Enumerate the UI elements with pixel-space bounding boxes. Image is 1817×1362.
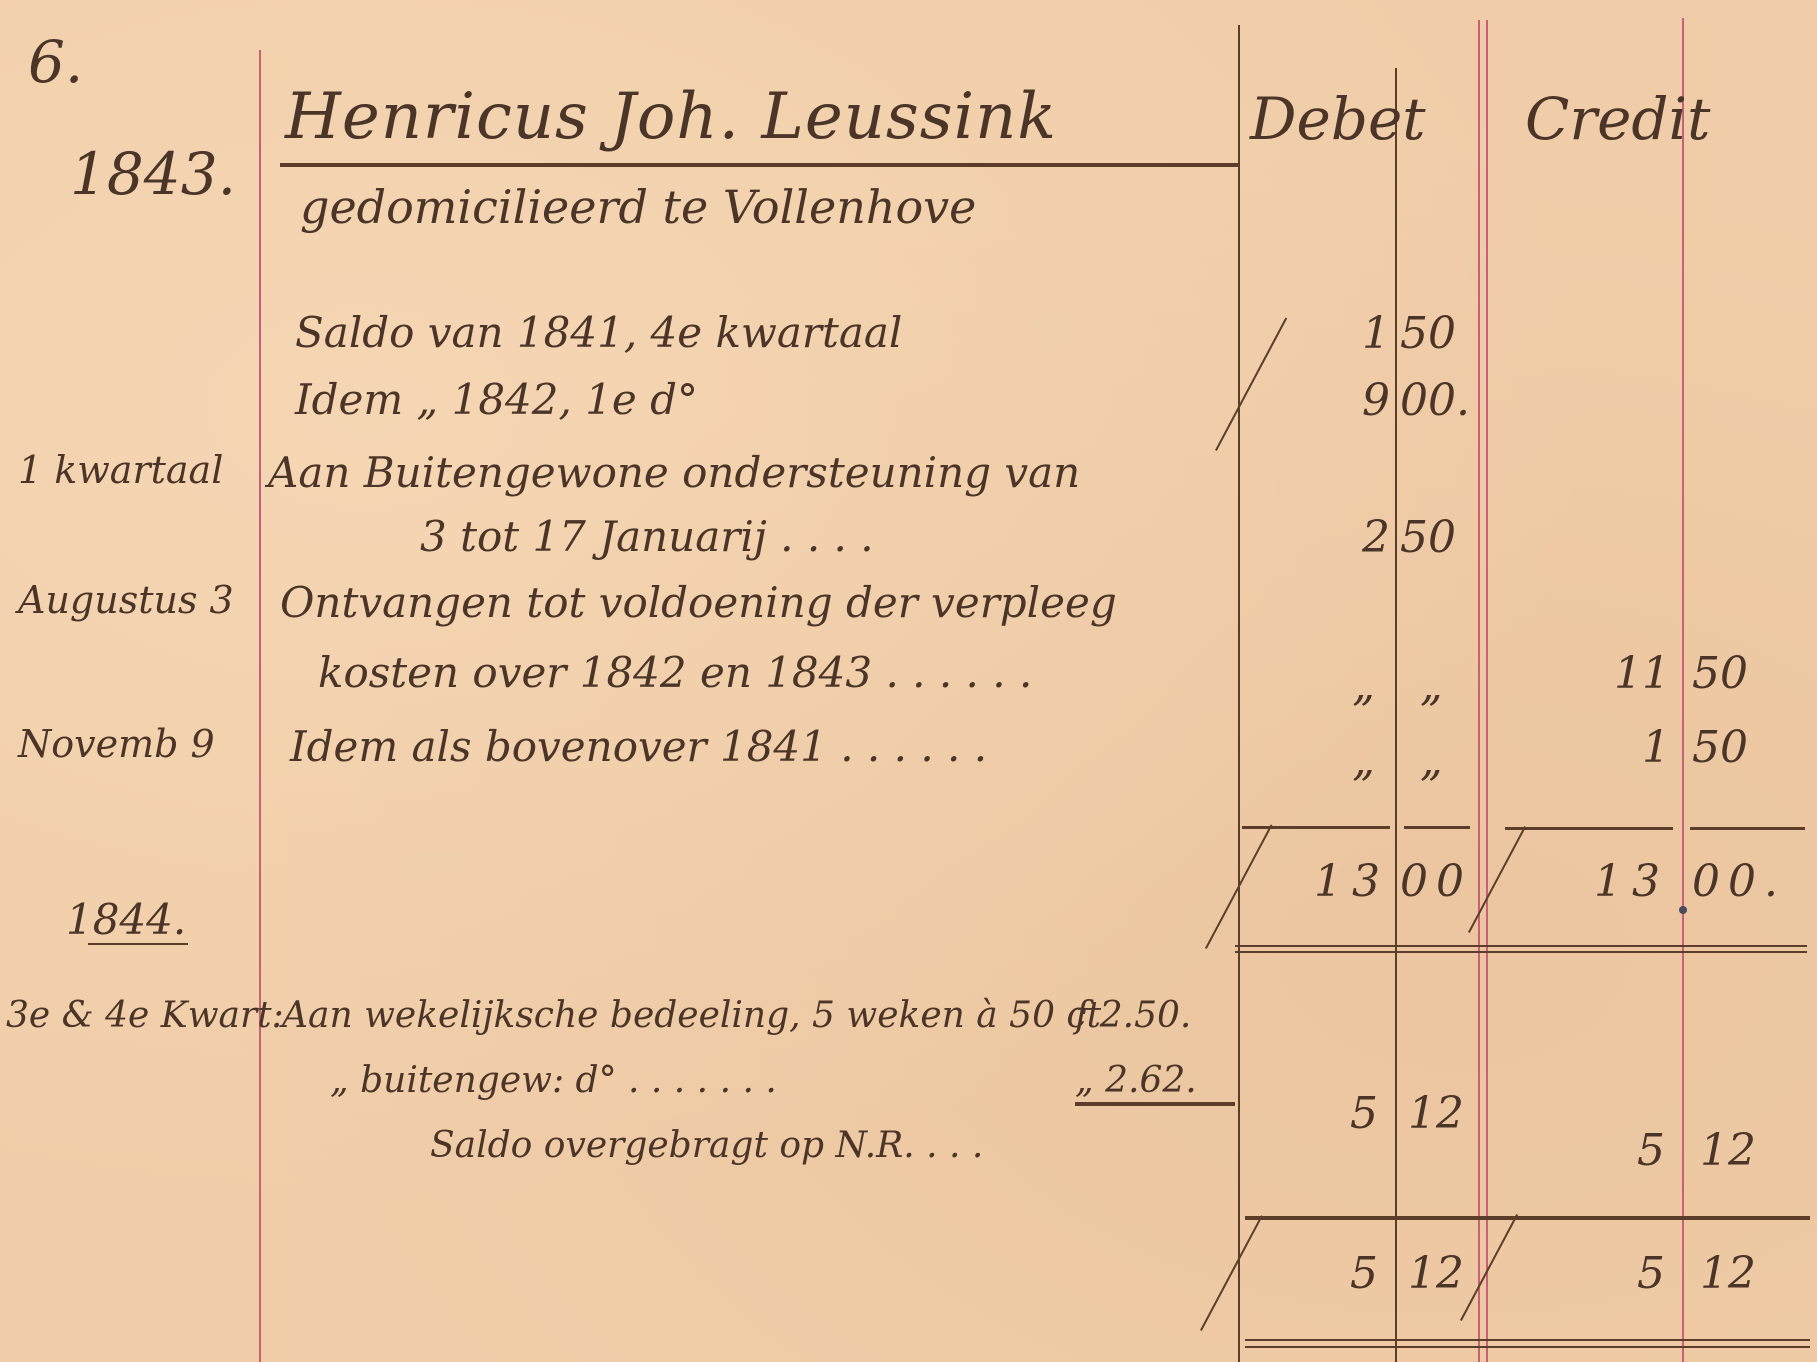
debit-guilders: 9 [1250, 375, 1390, 426]
entry-description: Saldo van 1841, 4e kwartaal [295, 308, 902, 357]
debit-guilders: 1 [1250, 308, 1390, 359]
debit-cents: 12 [1408, 1088, 1478, 1139]
ink-dot [1679, 906, 1687, 914]
debit-guilders: „ [1250, 660, 1375, 711]
ledger-page: 6. 1843. Henricus Joh. Leussink gedomici… [0, 0, 1817, 1362]
credit-guilders: 5 [1500, 1125, 1665, 1176]
credit-column-header: Credit [1525, 85, 1710, 153]
debit-guilders: 5 [1250, 1088, 1378, 1139]
page-number: 6. [28, 28, 83, 96]
debit-sum-rule [1242, 826, 1390, 829]
entry-description: Saldo overgebragt op N.R. . . . [430, 1125, 983, 1166]
entry-description-continued: 3 tot 17 Januarij . . . . [420, 512, 874, 561]
entry-date: 3e & 4e Kwart: [6, 995, 284, 1036]
debit-total-cents: 12 [1408, 1248, 1478, 1299]
residence-line: gedomicilieerd te Vollenhove [300, 180, 976, 234]
debit-cents-rule [1395, 68, 1397, 1362]
double-rule-bottom [1235, 951, 1807, 953]
credit-double-rule-left [1478, 20, 1480, 1362]
debit-cents: 00. [1400, 375, 1475, 426]
credit-cents-rule [1682, 18, 1684, 1362]
entry-description: Aan Buitengewone ondersteuning van [268, 448, 1080, 497]
credit-guilders: 1 [1500, 722, 1670, 773]
credit-double-rule-right [1486, 20, 1488, 1362]
entry-description: Idem als bovenover 1841 . . . . . . [290, 722, 987, 771]
entry-sub-amount: „ 2.62. [1075, 1060, 1197, 1101]
debit-cents: „ [1420, 660, 1470, 711]
credit-total-guilders: 5 [1500, 1248, 1665, 1299]
debit-guilders: „ [1250, 735, 1375, 786]
debit-cents: „ [1420, 735, 1470, 786]
credit-cents: 12 [1700, 1125, 1790, 1176]
credit-total-cents: 00. [1692, 856, 1792, 907]
debit-column-header: Debet [1250, 85, 1426, 153]
entry-date: Augustus 3 [18, 578, 234, 622]
year-1844: 1844. [66, 895, 186, 944]
entry-description-continued: kosten over 1842 en 1843 . . . . . . [318, 648, 1032, 697]
credit-cents-sum-rule [1690, 827, 1805, 830]
double-rule-bottom [1245, 1346, 1810, 1348]
debit-guilders: 2 [1250, 512, 1390, 563]
credit-sum-rule [1505, 827, 1673, 830]
double-rule-top [1235, 945, 1807, 947]
debit-total-cents: 00 [1400, 856, 1475, 907]
entry-date: Novemb 9 [18, 722, 215, 766]
sub-amount-underline [1075, 1102, 1235, 1106]
title-underline [280, 163, 1238, 167]
credit-total-guilders: 13 [1500, 856, 1670, 907]
year-1843: 1843. [70, 140, 236, 208]
credit-cents: 50 [1692, 648, 1792, 699]
account-holder-name: Henricus Joh. Leussink [285, 80, 1057, 154]
entry-sub-amount: f 2.50. [1075, 995, 1191, 1036]
debit-column-rule [1238, 25, 1240, 1362]
year-1844-underline [88, 943, 188, 945]
left-margin-rule [259, 50, 261, 1362]
entry-date: 1 kwartaal [18, 448, 223, 492]
double-rule-top [1245, 1339, 1810, 1341]
entry-description: Aan wekelijksche bedeeling, 5 weken à 50… [282, 995, 1101, 1036]
debit-cents-sum-rule [1404, 826, 1470, 829]
debit-cents: 50 [1400, 512, 1475, 563]
credit-guilders: 11 [1500, 648, 1670, 699]
entry-description: Ontvangen tot voldoening der verpleeg [280, 578, 1117, 627]
credit-cents: 50 [1692, 722, 1792, 773]
credit-total-cents: 12 [1700, 1248, 1790, 1299]
sum-rule-1844 [1245, 1216, 1810, 1220]
entry-description: Idem „ 1842, 1e d° [295, 375, 698, 424]
debit-cents: 50 [1400, 308, 1475, 359]
debit-total-guilders: 5 [1250, 1248, 1378, 1299]
entry-description: „ buitengew: d° . . . . . . . [330, 1060, 777, 1101]
debit-total-guilders: 13 [1250, 856, 1390, 907]
